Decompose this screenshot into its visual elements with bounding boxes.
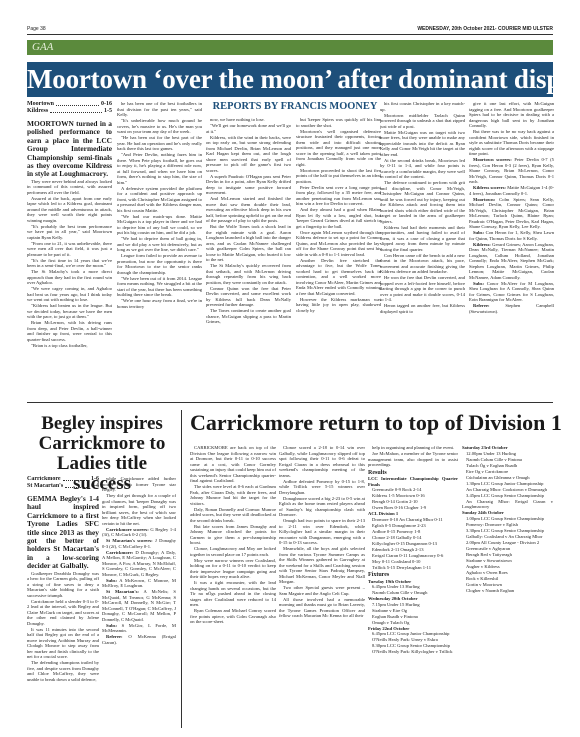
paragraph: But late scores from James Donaghy and J… [190, 524, 276, 546]
paragraph: Aghaloo v Owen Roes [462, 570, 553, 576]
paragraph: "It's probably the best team performance… [27, 224, 112, 241]
bold-label: Referee: [473, 303, 490, 308]
leader-dots [50, 108, 102, 113]
paragraph: St Macartan's scorers: J Donaghy 0-3 (2f… [102, 538, 176, 549]
paragraph: while Carrickmore added further points t… [102, 476, 176, 493]
paragraph: Pomeroy: Dromore v Eglish [462, 522, 553, 528]
paragraph: The defence continued to perform with gr… [380, 180, 465, 224]
paragraph: CARRICKMORE are back on top of the Divis… [190, 445, 276, 484]
division-col-3: help in organising and planning of the e… [368, 445, 458, 735]
paragraph: It was 11 minutes into the second half t… [27, 627, 99, 660]
paragraph: "We were cagey coming in, and Aghaloo ha… [27, 286, 112, 303]
main-col-4: but 'keeper Spiers was quickly off his l… [296, 117, 381, 399]
paragraph: Clogher v Naomh Eoghan [462, 588, 553, 594]
paragraph: But there was to be no way back against … [469, 129, 554, 157]
paragraph: 1.00pm LCC Group Senior Championship [462, 516, 553, 522]
intro-paragraph: GEMMA Begley's 1-4 haul inspired Carrick… [27, 495, 99, 571]
section-divider [27, 402, 553, 403]
paragraph: Brian McLernon, with his driving runs fr… [27, 320, 112, 342]
results-group-heading: LCC Intermediate Championship Quarter Fi… [368, 476, 458, 487]
paragraph: Beragh Red v Tattyreagh [462, 552, 553, 558]
paragraph: Moortown scorers: Peter Devlin 0-7 (5 fr… [469, 157, 554, 185]
main-col-6: give it one last effort, with McGuigan t… [469, 101, 554, 399]
paragraph: Subs: Con Heron for 1, Kelly, Shea Lawn … [469, 230, 554, 241]
paragraph: A defensive system provided the platform… [117, 186, 202, 214]
paragraph: 7.15pm Under 15 Hurling [368, 602, 458, 608]
paragraph: St Macartan's: A McNelis; S McQuaid, M T… [102, 589, 176, 622]
ladies-col-1: Carrickmore1-6St Macartan's0-4GEMMA Begl… [27, 476, 99, 728]
paragraph: Donaghmore scored a big 2-23 to 0-5 win … [279, 496, 365, 518]
paragraph: Trillick 5-15 Derrylaughan 1-11 [368, 565, 458, 571]
paragraph: Heron tagged on another free, but Kildre… [380, 303, 465, 314]
paragraph: Moortown: Colm Spiers; Sean Kelly, Micha… [469, 197, 554, 230]
division-col-1: CARRICKMORE are back on top of the Divis… [190, 445, 276, 735]
scoreline-row: Carrickmore1-6 [27, 476, 99, 483]
team-score: 1-6 [91, 476, 99, 483]
scoreline-row: Kildress1-5 [27, 108, 112, 115]
paragraph: Kildress 1-5 Moortown 0-16 [368, 493, 458, 499]
paragraph: Strabane v Eire Og [368, 608, 458, 614]
paragraph: Kildress scorers: Mattie McGuigan 1-4 (0… [469, 185, 554, 196]
main-headline: Moortown ‘over the moon’ after dominant … [27, 62, 553, 97]
bold-label: St Macartan's: [106, 589, 139, 594]
paragraph: Eoghan Ruadh v Fintona [368, 614, 458, 620]
paragraph: Eire Og v Carrickmore [462, 469, 553, 475]
paragraph: Gortin v Moortown [462, 582, 553, 588]
team-name: St Macartan's [27, 483, 63, 490]
paragraph: Dromore 0-10 An Charraig Mhor 0-11 [368, 517, 458, 523]
paragraph: Rock v Killeeshil [462, 576, 553, 582]
bold-label: Subs: [106, 623, 117, 628]
paragraph: Referee: Stephen Campbell (Stewartstown)… [469, 303, 554, 314]
paragraph: Tulach Óg v Eoghan Ruadh [462, 463, 553, 469]
paragraph: Once again McLernon scythed through the … [296, 230, 381, 258]
paragraph: Kildress had had their moments and their… [380, 225, 465, 253]
paragraph: At the second drinks break, Moortown led… [380, 158, 465, 180]
paragraph: "It's the first time in 14 years that we… [27, 258, 112, 269]
paragraph: Moy were narrow winners over Coalisland,… [190, 558, 276, 580]
paragraph: 3.30pm LCC Group Senior Championship [462, 528, 553, 534]
paragraph: An Charraig Mhor: Cookstown v Drumragh [462, 487, 553, 493]
intro-paragraph: MOORTOWN turned in a polished performanc… [27, 120, 112, 179]
paragraph: Joe McMahon, a member of the Tyrone seni… [368, 451, 458, 468]
paragraph: "Kildress had beaten us in the league. B… [27, 303, 112, 320]
paragraph: Killyclogher 0-15 Dungannon 0-13 [368, 541, 458, 547]
leader-dots [65, 483, 89, 488]
bold-label: Moortown: [473, 197, 495, 202]
paragraph: give it one last effort, with McGuigan t… [469, 101, 554, 129]
paragraph: Ryan Coleman and Michael Conroy scored f… [190, 608, 276, 625]
division-headline: Carrickmore return to top of Division 1 [190, 410, 553, 436]
paragraph: Kildress, with the wind in their backs, … [206, 135, 291, 174]
bold-label: Subs: [473, 281, 484, 286]
paragraph: Con Heron came off the bench to add a ne… [380, 253, 465, 275]
paragraph: Assured at the back, apart from one earl… [27, 196, 112, 224]
scoreline-row: St Macartan's0-4 [27, 483, 99, 490]
paragraph: And McLernon started and finished the mo… [206, 196, 291, 224]
paragraph: Goalkeeper Dearbhla Donaghy was a hero f… [27, 571, 99, 599]
main-col-2: he has been one of the best footballers … [117, 101, 202, 399]
paragraph: Moy 0-11 Coalisland 0-10 [368, 559, 458, 565]
leader-dots [56, 101, 99, 106]
paragraph: Strabane v Stewartstown [462, 558, 553, 564]
main-col-1: Moortown0-16Kildress1-5MOORTOWN turned i… [27, 101, 112, 399]
paragraph: Another Devlin free stretched the advant… [296, 258, 381, 297]
paragraph: However the Kildress marksman was having… [296, 297, 381, 314]
paragraph: 8.30pm LCC Group Senior Championship [368, 643, 458, 649]
paragraph: 1.30pm LCC Group Junior Championship [462, 481, 553, 487]
paragraph: "From one to 21, it was unbelievable, th… [27, 241, 112, 258]
paragraph: Omagh had two points to spare in their 2… [279, 518, 365, 546]
paragraph: Eglish 0-5 Donaghmore 2-23 [368, 523, 458, 529]
paragraph: Augher v Kildress [462, 564, 553, 570]
paragraph: Clonoe, Loughmacrory and Moy are locked … [190, 546, 276, 557]
paragraph: "We have been out of it from 2014. Leagu… [117, 276, 202, 298]
team-score: 0-4 [91, 483, 99, 490]
paragraph: They did get through for a couple of goa… [102, 493, 176, 526]
paragraph: He won the free that Devlin converted, a… [380, 275, 465, 303]
paragraph: Edendork 2-11 Omagh 2-13 [368, 547, 458, 553]
bold-label: Subs: [106, 578, 117, 583]
paragraph: "We're one hour away from a final, we're… [117, 298, 202, 309]
paragraph: The defending champions trailed by five,… [27, 660, 99, 682]
paragraph: "We had our match-ups done. Mattie McGui… [117, 214, 202, 236]
paragraph: Greencastle 0-9 Rock 2-14 [368, 487, 458, 493]
paragraph: he has been one of the best footballers … [117, 101, 202, 118]
paragraph: "Brian is a top class footballer, [27, 343, 112, 349]
paragraph: The St Malachy's quickly recovered from … [206, 263, 291, 285]
paragraph: And they almost had a goal when Blaine R… [296, 207, 381, 229]
team-score: 1-5 [104, 108, 112, 115]
bold-label: Kildress: [473, 242, 491, 247]
paragraph: Meanwhile, all the boys and girls select… [279, 546, 365, 585]
paragraph: Connor Quinn won the free that Peter Dev… [206, 286, 291, 308]
bold-label: Referee: [106, 634, 123, 639]
paragraph: Subs: S McGirr, L Forde, M McMenamin. [102, 623, 176, 634]
paragraph: The sides were level at 0-6 each at Gard… [190, 484, 276, 506]
paragraph: League form failed to provide an avenue … [117, 253, 202, 275]
paragraph: An Charraig Mhor: Errigal Ciaran v Lough… [462, 499, 553, 510]
paragraph: Kildress: Gerard Grimes; Aaron Loughran,… [469, 242, 554, 281]
paragraph: Naomh Colum Cille v Omagh [368, 590, 458, 596]
paragraph: A superb Paudraic O'Hagan pass sent Pete… [206, 174, 291, 196]
paragraph: Clonoe scored a 2-18 to 0-14 win over Ga… [279, 445, 365, 478]
division-col-2: Clonoe scored a 2-18 to 0-14 win over Ga… [279, 445, 365, 735]
team-score: 0-16 [101, 101, 112, 108]
paragraph: O'Neills Healy Park: Killyclogher v Tril… [368, 649, 458, 655]
paragraph: Carrickmore: D Donaghy; A Daly, A Mellon… [102, 550, 176, 578]
division-col-4: Saturday 23rd October12.00pm Under 13 Hu… [462, 445, 553, 735]
ladies-col-2: while Carrickmore added further points t… [102, 476, 176, 728]
paragraph: 2.00pm All County League - Division 2 [462, 540, 553, 546]
paragraph: The Tones continued to create another go… [206, 308, 291, 325]
paragraph: They were never behind and always looked… [27, 179, 112, 196]
main-col-5: his first cousin Christopher in a key ma… [380, 101, 465, 399]
paragraph: Owen Roes 0-16 Clogher 1-9 [368, 505, 458, 511]
main-col-3: now, we have nothing to lose."We'll get … [206, 117, 291, 399]
paragraph: Daly, Ronan Donnelly and Cormac Munroe a… [190, 507, 276, 524]
bold-label: Kildress scorers: [473, 185, 506, 190]
paragraph: "He has been out for the best part of th… [117, 135, 202, 152]
paragraph: Carrickmore held a slender 0-3 to 0-2 le… [27, 599, 99, 627]
paragraph: 3.45pm LCC Group Senior Championship [462, 493, 553, 499]
paragraph: 12.00pm Under 13 Hurling [462, 451, 553, 457]
paragraph: Moortown's well organised defensive stru… [296, 129, 381, 168]
paragraph: Cúchulainn an Ghleanna v Omagh [462, 475, 553, 481]
paragraph: Subs: Conor McAleer for M Loughran, Shea… [469, 281, 554, 303]
paragraph: Naomh Colum Cille v Fintona [462, 457, 553, 463]
paragraph: 6.45pm LCC Group Junior Championship [368, 631, 458, 637]
paragraph: Clonoe 2-18 Galbally 0-14 [368, 535, 458, 541]
byline: REPORTS BY FRANCIS MOONEY [205, 101, 385, 112]
paragraph: help in organising and planning of the e… [368, 445, 458, 451]
paragraph: Galbally: Coalisland v An Charraig Mhor [462, 534, 553, 540]
paragraph: "It's unbelievable how much ground he co… [117, 118, 202, 135]
bold-label: Subs: [473, 230, 484, 235]
paragraph: "We had to deprive them of ball going in… [117, 236, 202, 253]
paragraph: his first cousin Christopher in a key ma… [380, 101, 465, 112]
paragraph: Moortown proceeded to shoot the last fiv… [296, 168, 381, 185]
scoreline-row: Moortown0-16 [27, 101, 112, 108]
column-divider [181, 410, 182, 728]
team-name: Carrickmore [27, 476, 61, 483]
paragraph: but 'keeper Spiers was quickly off his l… [296, 117, 381, 128]
paragraph: Errigal Ciaran 0-11 Loughmacrory 0-6 [368, 553, 458, 559]
paragraph: All those involved had a memorable morni… [279, 597, 365, 619]
bold-label: Moortown scorers: [473, 157, 512, 162]
paragraph: Omagh v Tulach Og [368, 620, 458, 626]
paragraph: Ardboe defeated Pomeroy by 0-15 to 1-8, … [279, 479, 365, 496]
team-name: Kildress [27, 108, 48, 115]
paragraph: Beragh 0-14 Gortin 2-10 [368, 499, 458, 505]
bold-label: Carrickmore scorers: [106, 527, 149, 532]
paragraph: Peter Devlin sent over a long range poin… [296, 185, 381, 207]
leader-dots [63, 476, 89, 481]
page-number: Page 38 [27, 26, 46, 32]
paragraph: "And Peter Devlin, nothing fazes him in … [117, 152, 202, 185]
paragraph: Referee: O McKenna (Errigal Ciaran). [102, 634, 176, 645]
page-folio: Page 38 WEDNESDAY, 20th October 2021- CO… [27, 25, 553, 35]
paragraph: Moortown midfielder Tarlach Quinn powere… [380, 113, 465, 130]
paragraph: Two other Special guests were present – … [279, 585, 365, 596]
paragraph: Carrickmore scorers: G Begley 1-4 (3f), … [102, 527, 176, 538]
paragraph: "We'll get our homework done and we'll g… [206, 123, 291, 134]
bold-label: Carrickmore: [106, 550, 133, 555]
bold-label: St Macartan's scorers: [106, 538, 153, 543]
paragraph: Subs: A McKeown, C Monroe, M McElroy, E … [102, 578, 176, 589]
paragraph: now, we have nothing to lose. [206, 117, 291, 123]
paragraph: But the Wolfe Tones took a shock lead in… [206, 224, 291, 263]
paragraph: Mattie McGuigan was on target with two m… [380, 130, 465, 158]
paragraph: The St Malachy's took a more direct appr… [27, 269, 112, 286]
section-label: GAA [27, 40, 553, 55]
paragraph: Ardboe 0-15 Pomeroy 1-8 [368, 529, 458, 535]
paragraph: It was a tight encounter, with the lead … [190, 580, 276, 608]
date-line: WEDNESDAY, 20th October 2021- COURIER MI… [417, 26, 553, 32]
paragraph: Greencastle v Aghyaran [462, 546, 553, 552]
paragraph: 6.45pm Under 13 Hurling [368, 584, 458, 590]
paragraph: O'Neills Healy Park: Urney v Eskra [368, 637, 458, 643]
team-name: Moortown [27, 101, 54, 108]
